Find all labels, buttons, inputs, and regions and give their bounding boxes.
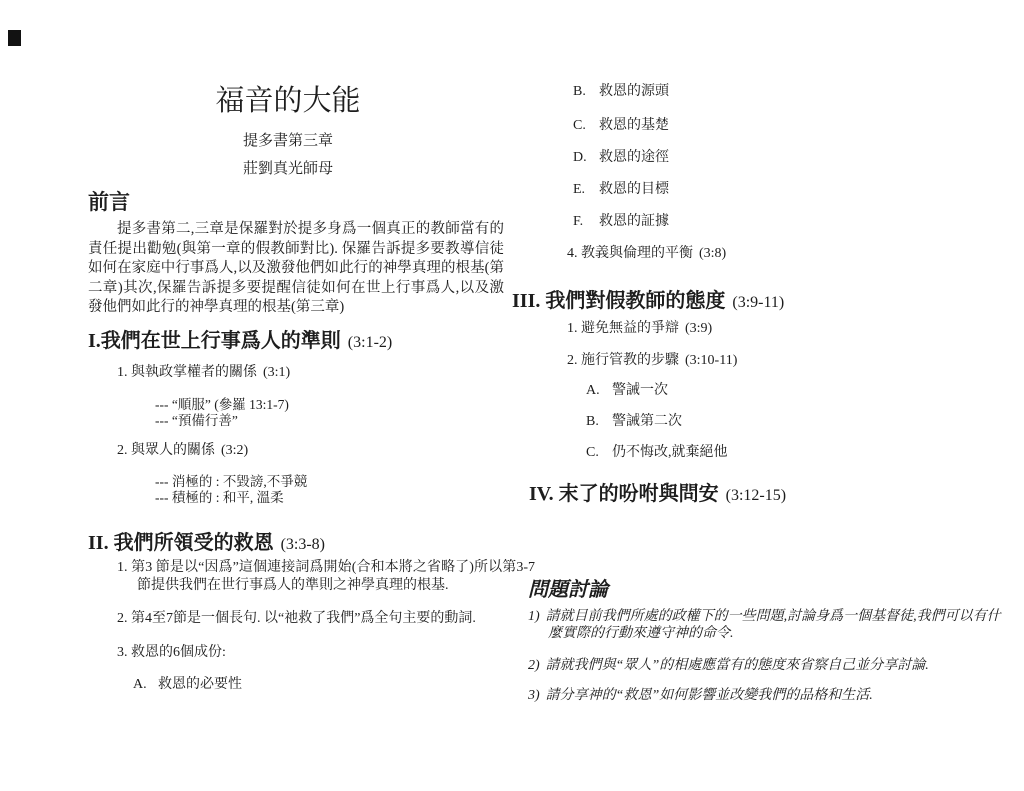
component-text: 救恩的源頭 [599, 84, 669, 99]
section-1-title: I.我們在世上行事爲人的準則 [88, 330, 341, 352]
discussion-heading: 問題討論 [528, 573, 608, 602]
component-marker: D. [573, 150, 599, 166]
subitem-marker: B. [586, 414, 612, 430]
outline-item-text: 1. 與執政掌權者的關係 [117, 365, 257, 380]
subitem-marker: C. [586, 445, 612, 461]
outline-item: 2. 與眾人的關係(3:2) [117, 439, 248, 459]
page-subtitle: 提多書第三章 [88, 129, 488, 150]
component-text: 救恩的途徑 [599, 150, 669, 165]
question-marker: 3) [528, 688, 540, 703]
section-4-title: IV. 末了的吩咐與問安 [529, 483, 719, 505]
component-marker: C. [573, 118, 599, 134]
scripture-ref: (3:10-11) [685, 353, 737, 368]
subitem-text: 警誡一次 [612, 383, 668, 398]
scripture-ref: (3:1) [263, 365, 290, 380]
outline-item-text: 2. 與眾人的關係 [117, 443, 215, 458]
outline-subitem: B.警誡第二次 [586, 410, 682, 430]
subitem-text: 警誡第二次 [612, 414, 682, 429]
outline-item: 1. 與執政掌權者的關係(3:1) [117, 361, 290, 381]
section-1-scripture-ref: (3:1-2) [348, 334, 392, 351]
component-item: C.救恩的基楚 [573, 114, 669, 134]
page-author: 莊劉真光師母 [88, 157, 488, 178]
outline-item: 2. 施行管教的步驟(3:10-11) [567, 349, 737, 369]
preface-body: 提多書第二,三章是保羅對於提多身爲一個真正的教師當有的責任提出勸勉(與第一章的假… [88, 220, 504, 318]
question-marker: 2) [528, 658, 540, 673]
section-3-heading: III. 我們對假教師的態度(3:9-11) [512, 284, 784, 313]
page-title: 福音的大能 [88, 78, 488, 119]
outline-item: 1. 第3 節是以“因爲”這個連接詞爲開始(合和本將之省略了)所以第3-7節提供… [117, 559, 535, 594]
outline-subitem: A.警誡一次 [586, 379, 668, 399]
outline-item: 3. 救恩的6個成份: [117, 641, 226, 661]
component-text: 救恩的目標 [599, 182, 669, 197]
question-text: 請就目前我們所處的政權下的一些問題,討論身爲一個基督徒,我們可以有什麼實際的行動… [546, 609, 1001, 641]
component-item: E.救恩的目標 [573, 178, 669, 198]
component-item: B.救恩的源頭 [573, 80, 669, 100]
section-4-scripture-ref: (3:12-15) [726, 487, 786, 504]
component-marker: B. [573, 84, 599, 100]
component-text: 救恩的基楚 [599, 118, 669, 133]
section-3-scripture-ref: (3:9-11) [732, 294, 784, 311]
preface-heading: 前言 [88, 186, 130, 216]
outline-item-text: 1. 避免無益的爭辯 [567, 321, 679, 336]
section-3-title: III. 我們對假教師的態度 [512, 290, 725, 312]
section-4-heading: IV. 末了的吩咐與問安(3:12-15) [529, 477, 786, 506]
section-2-heading: II. 我們所領受的救恩(3:3-8) [88, 526, 325, 555]
outline-subitem: C.仍不悔改,就棄絕他 [586, 441, 728, 461]
section-2-title: II. 我們所領受的救恩 [88, 532, 274, 554]
question-text: 請就我們與“眾人”的相處應當有的態度來省察自己並分享討論. [546, 658, 929, 673]
dash-note: --- 積極的 : 和平, 溫柔 [155, 486, 284, 506]
question-text: 請分享神的“救恩”如何影響並改變我們的品格和生活. [546, 688, 873, 703]
scanned-outline-page: 福音的大能 提多書第三章 莊劉真光師母 前言 提多書第二,三章是保羅對於提多身爲… [0, 0, 1024, 791]
scripture-ref: (3:9) [685, 321, 712, 336]
discussion-question: 1)請就目前我們所處的政權下的一些問題,討論身爲一個基督徒,我們可以有什麼實際的… [528, 608, 1010, 642]
component-item: F.救恩的証據 [573, 210, 669, 230]
component-text: 救恩的証據 [599, 214, 669, 229]
discussion-question: 2)請就我們與“眾人”的相處應當有的態度來省察自己並分享討論. [528, 657, 1010, 674]
component-item: D.救恩的途徑 [573, 146, 669, 166]
component-marker: F. [573, 214, 599, 230]
scripture-ref: (3:2) [221, 443, 248, 458]
discussion-question: 3)請分享神的“救恩”如何影響並改變我們的品格和生活. [528, 687, 1010, 704]
outline-item-text: 2. 施行管教的步驟 [567, 353, 679, 368]
outline-item: 4. 教義與倫理的平衡(3:8) [567, 242, 726, 262]
question-marker: 1) [528, 609, 540, 624]
outline-item: 2. 第4至7節是一個長句. 以“祂救了我們”爲全句主要的動詞. [117, 607, 476, 627]
outline-item-text: 4. 教義與倫理的平衡 [567, 246, 693, 261]
subitem-text: 救恩的必要性 [158, 677, 242, 692]
subitem-text: 仍不悔改,就棄絕他 [612, 445, 728, 460]
dash-note: --- “預備行善” [155, 409, 238, 429]
component-marker: E. [573, 182, 599, 198]
scan-artifact-mark [8, 30, 21, 46]
section-2-scripture-ref: (3:3-8) [281, 536, 325, 553]
section-1-heading: I.我們在世上行事爲人的準則(3:1-2) [88, 324, 392, 353]
subitem-marker: A. [586, 383, 612, 399]
subitem-marker: A. [133, 677, 158, 693]
outline-subitem: A.救恩的必要性 [133, 673, 242, 693]
scripture-ref: (3:8) [699, 246, 726, 261]
outline-item: 1. 避免無益的爭辯(3:9) [567, 317, 712, 337]
